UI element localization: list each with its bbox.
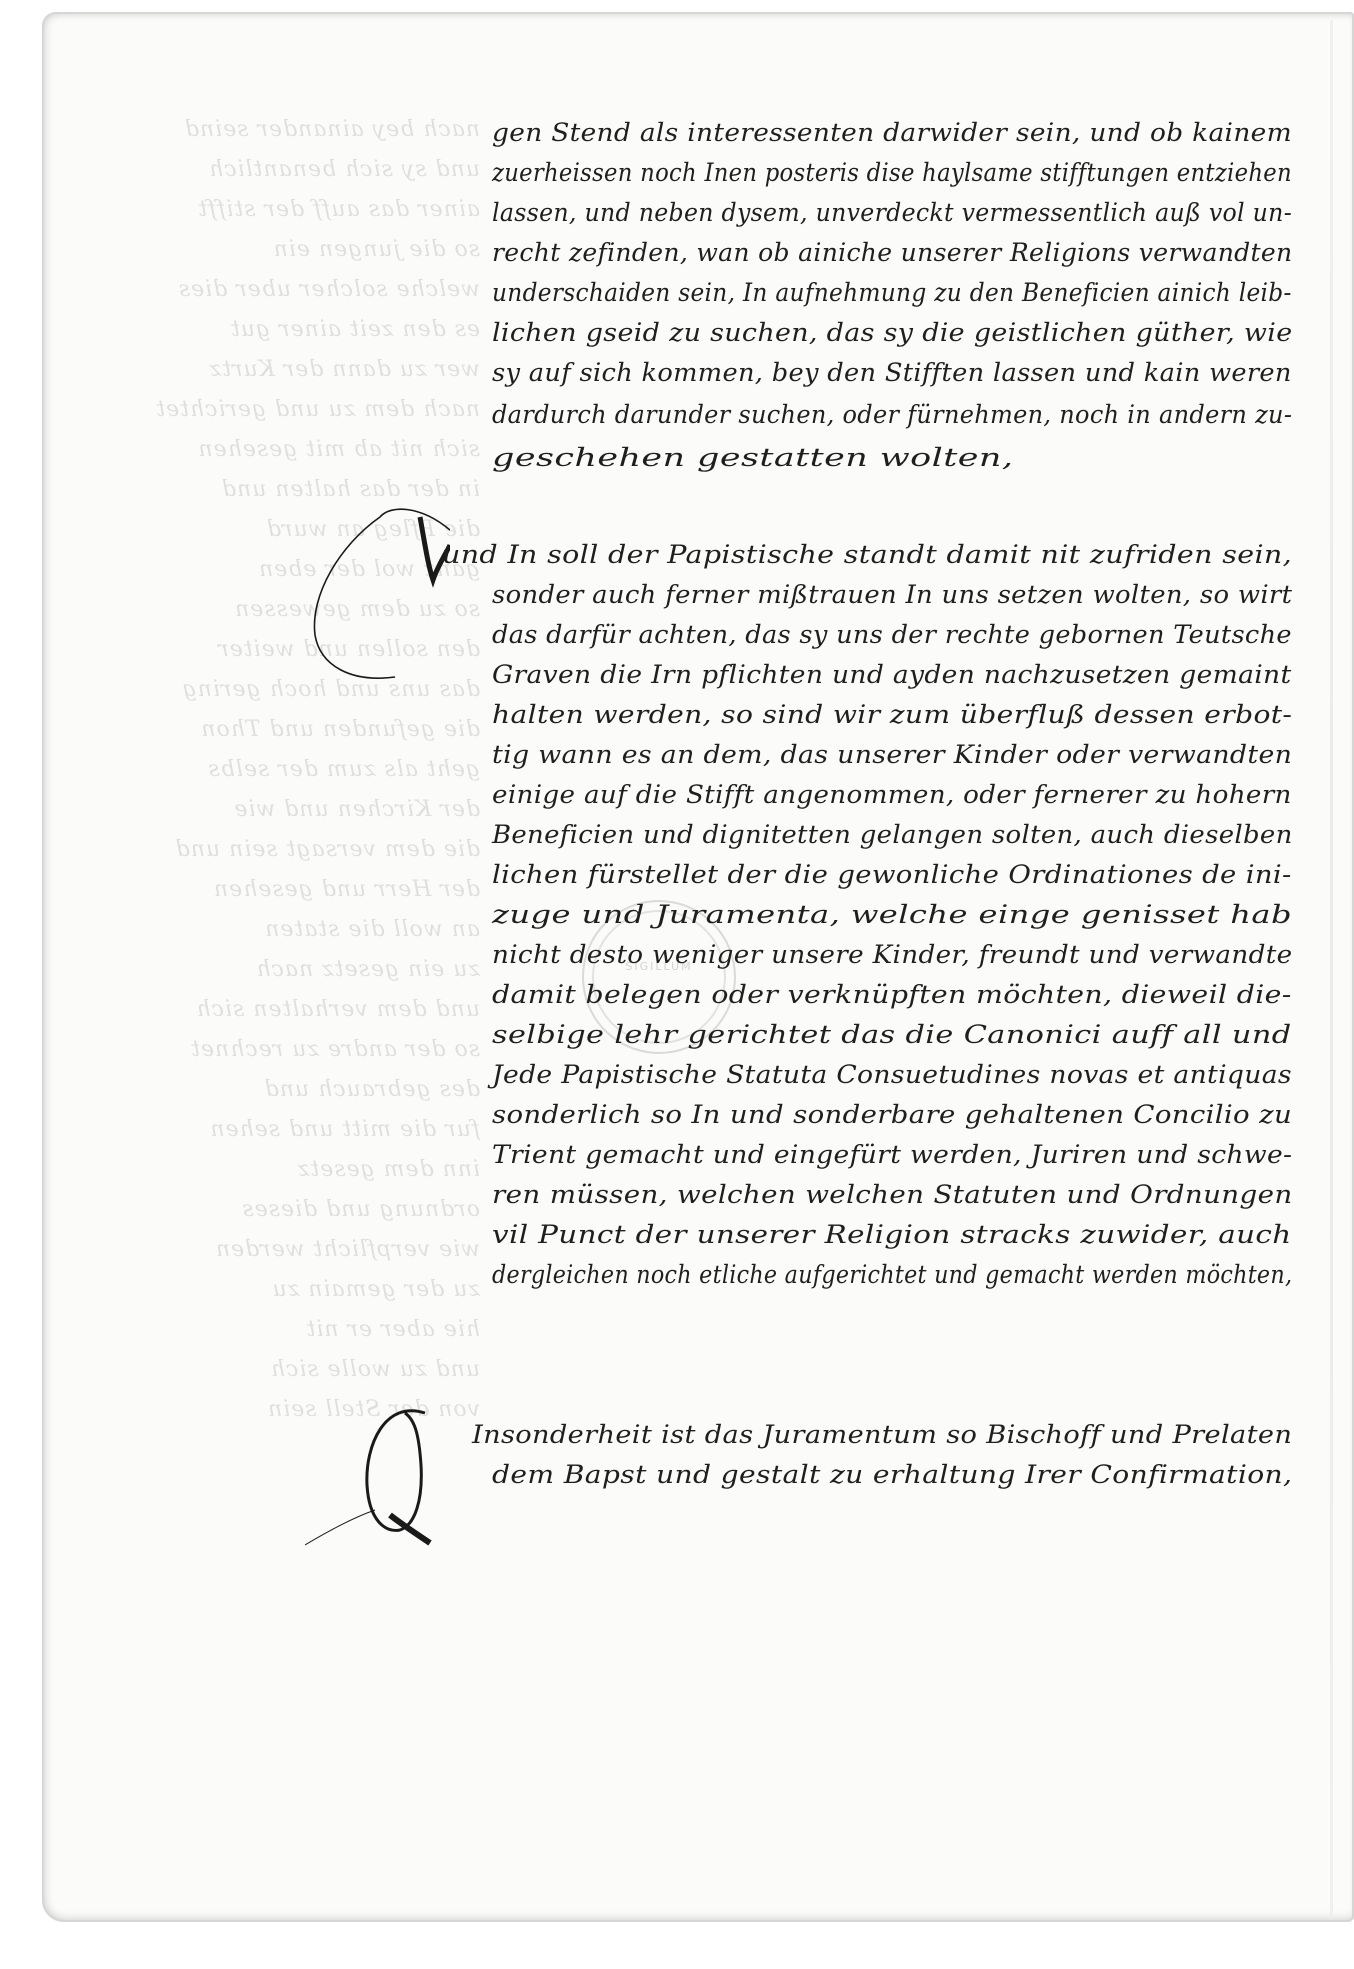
bleedthrough-line: der Herr und gesehen [80,870,480,910]
manuscript-line: geschehen gestatten wolten, [492,443,1013,472]
manuscript-line: halten werden, so sind wir zum überfluß … [492,700,1292,729]
bleedthrough-line: zu der gemain zu [80,1270,480,1310]
manuscript-line: gen Stend als interessenten darwider sei… [492,118,1292,147]
manuscript-line: underschaiden sein, In aufnehmung zu den… [492,278,1292,307]
bleedthrough-line: an woll die staten [80,910,480,950]
manuscript-line: dardurch darunder suchen, oder fürnehmen… [492,400,1292,429]
manuscript-line: sy auf sich kommen, bey den Stifften las… [492,358,1292,387]
manuscript-line: Beneficien und dignitetten gelangen solt… [492,820,1293,849]
bleedthrough-line: geht als zum der selbs [80,750,480,790]
bleedthrough-line: wie verpflicht werden [80,1230,480,1270]
manuscript-line: einige auf die Stifft angenommen, oder f… [492,780,1292,809]
bleedthrough-line: ainer das auff der stifft [80,190,480,230]
bleedthrough-line: sich nit ab mit gesehen [80,430,480,470]
manuscript-line: Jede Papistische Statuta Consuetudines n… [492,1060,1292,1089]
manuscript-line: das darfür achten, das sy uns der rechte… [492,620,1292,649]
manuscript-line: vil Punct der unserer Religion stracks z… [492,1220,1292,1249]
bleedthrough-line: hie aber er nit [80,1310,480,1350]
manuscript-line: lichen fürstellet der die gewonliche Ord… [492,860,1292,889]
bleedthrough-line: zu ein gesetz nach [80,950,480,990]
manuscript-line: damit belegen oder verknüpften möchten, … [492,980,1292,1009]
bleedthrough-line: nach dem zu und gerichtet [80,390,480,430]
bleedthrough-line: so der andre zu rechnet [80,1030,480,1070]
bleedthrough-line: fur die mitt und sehen [80,1110,480,1150]
manuscript-line: zuge und Juramenta, welche einge genisse… [492,900,1292,929]
decorative-initial-q [305,1405,445,1565]
bleedthrough-line: in der das halten und [80,470,480,510]
decorative-initial-v [300,505,450,685]
bleedthrough-line: so die jungen ein [80,230,480,270]
manuscript-line: zuerheissen noch Inen posteris dise hayl… [492,158,1292,187]
manuscript-line: selbige lehr gerichtet das die Canonici … [492,1020,1292,1049]
manuscript-line: sonder auch ferner mißtrauen In uns setz… [492,580,1292,609]
manuscript-line: Insonderheit ist das Juramentum so Bisch… [472,1420,1292,1449]
manuscript-line: Graven die Irn pflichten und ayden nachz… [492,660,1291,689]
manuscript-line: lassen, und neben dysem, unverdeckt verm… [492,198,1292,227]
bleedthrough-line: es den zeit ainer gut [80,310,480,350]
bleedthrough-line: inn dem gesetz [80,1150,480,1190]
manuscript-line: lichen gseid zu suchen, das sy die geist… [492,318,1292,347]
bleedthrough-line: nach bey ainander seind [80,110,480,150]
bleedthrough-line: und dem verhalten sich [80,990,480,1030]
manuscript-line: Trient gemacht und eingefürt werden, Jur… [492,1140,1292,1169]
manuscript-line: nicht desto weniger unsere Kinder, freun… [492,940,1292,969]
manuscript-line: tig wann es an dem, das unserer Kinder o… [492,740,1292,769]
bleedthrough-line: ordnung und dieses [80,1190,480,1230]
manuscript-line: recht zefinden, wan ob ainiche unserer R… [492,238,1292,267]
manuscript-line: sonderlich so In und sonderbare gehalten… [492,1100,1292,1129]
manuscript-line: dem Bapst und gestalt zu erhaltung Irer … [492,1460,1292,1489]
bleedthrough-line: die dem versagt sein und [80,830,480,870]
bleedthrough-line: welche solcher uber dies [80,270,480,310]
bleedthrough-line: und sy sich benantlich [80,150,480,190]
bleedthrough-line: und zu wolle sich [80,1350,480,1390]
bleedthrough-text: nach bey ainander seindund sy sich benan… [80,110,480,1530]
bleedthrough-line: die gefunden und Thon [80,710,480,750]
page-fold-shadow [1330,20,1333,1920]
manuscript-line: und In soll der Papistische standt damit… [442,540,1292,569]
bleedthrough-line: wer zu dann der Kurtz [80,350,480,390]
manuscript-line: dergleichen noch etliche aufgerichtet un… [492,1260,1292,1289]
manuscript-line: ren müssen, welchen welchen Statuten und… [492,1180,1293,1209]
bleedthrough-line: des gebrauch und [80,1070,480,1110]
bleedthrough-line: der Kirchen und wie [80,790,480,830]
